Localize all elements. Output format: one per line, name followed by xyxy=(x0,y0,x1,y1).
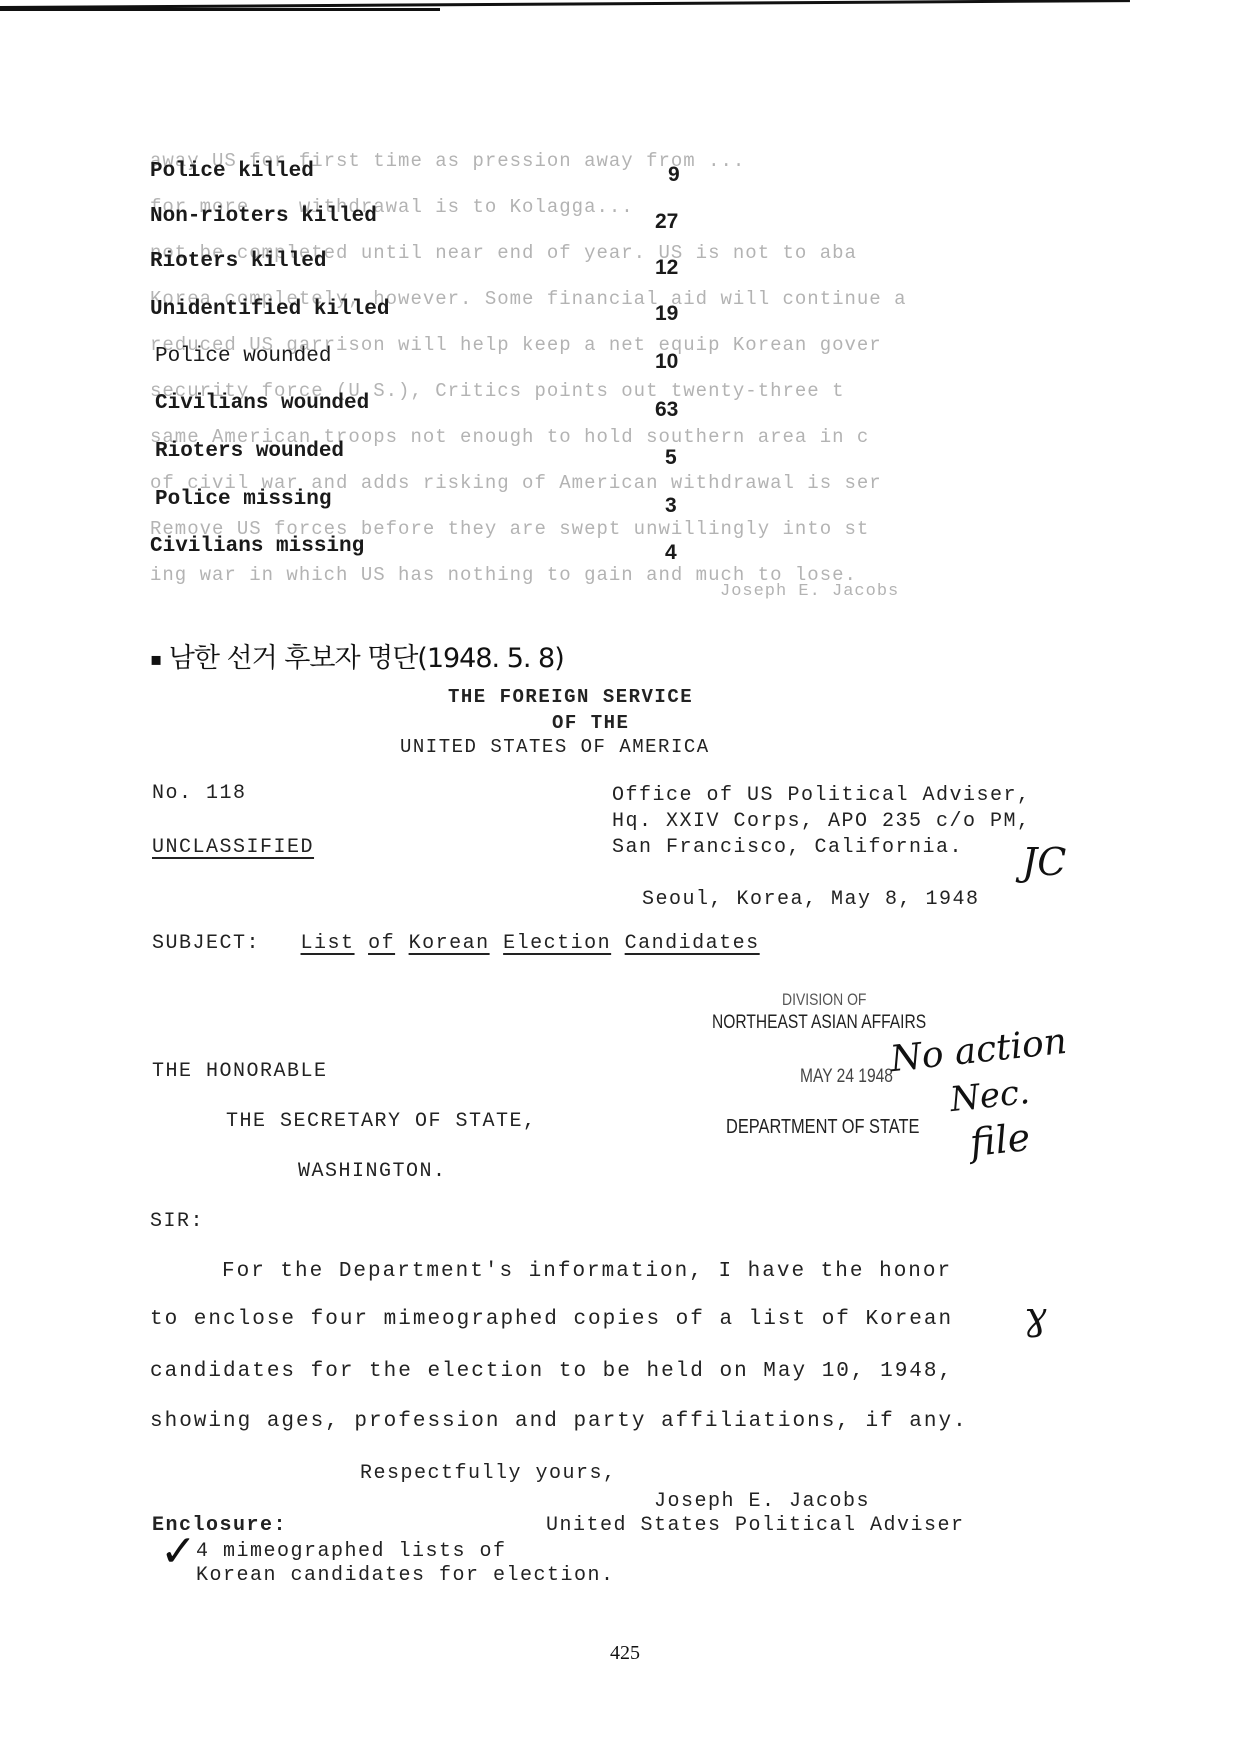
subject-word: Candidates xyxy=(625,932,760,955)
casualty-value: 4 xyxy=(665,541,677,565)
bleed-signature: Joseph E. Jacobs xyxy=(720,582,899,601)
addressee-line3: WASHINGTON. xyxy=(298,1160,447,1183)
letterhead-line3: UNITED STATES OF AMERICA xyxy=(400,736,710,758)
subject-word: List xyxy=(301,932,355,955)
body-line: to enclose four mimeographed copies of a… xyxy=(150,1308,953,1331)
note-line3: file xyxy=(968,1115,1032,1165)
casualty-label: Unidentified killed xyxy=(150,298,389,321)
subject-label: SUBJECT: xyxy=(152,932,260,955)
checkmark-icon: ✓ xyxy=(160,1526,197,1577)
casualty-value: 19 xyxy=(655,302,678,326)
casualty-value: 27 xyxy=(655,210,678,234)
casualty-label: Rioters wounded xyxy=(155,440,344,463)
addressee-line2: THE SECRETARY OF STATE, xyxy=(226,1110,537,1133)
date-line: Seoul, Korea, May 8, 1948 xyxy=(642,888,980,911)
stamp-line3: DEPARTMENT OF STATE xyxy=(726,1116,919,1139)
casualty-value: 5 xyxy=(665,446,677,470)
stamp-line1: DIVISION OF xyxy=(782,990,866,1010)
dispatch-number: No. 118 xyxy=(152,782,247,805)
bullet-icon: ▪ xyxy=(150,649,161,670)
subject-word: of xyxy=(368,932,395,955)
note-line2: Nec. xyxy=(948,1072,1031,1120)
closing-text: Respectfully yours, xyxy=(360,1462,617,1485)
letterhead-line2: OF THE xyxy=(552,712,629,734)
office-line: Hq. XXIV Corps, APO 235 c/o PM, xyxy=(612,810,1031,833)
casualty-label: Civilians wounded xyxy=(155,392,369,415)
casualty-label: Police missing xyxy=(155,488,331,511)
casualty-label: Civilians missing xyxy=(150,535,364,558)
casualty-label: Rioters killed xyxy=(150,250,326,273)
body-line: candidates for the election to be held o… xyxy=(150,1360,953,1383)
casualty-label: Non-rioters killed xyxy=(150,205,377,228)
subject-word: Korean xyxy=(409,932,490,955)
body-line: For the Department's information, I have… xyxy=(222,1260,952,1283)
stamp-date: MAY 24 1948 xyxy=(800,1066,893,1088)
body-line: showing ages, profession and party affil… xyxy=(150,1410,968,1433)
subject-line: SUBJECT: List of Korean Election Candida… xyxy=(152,932,760,955)
salutation: SIR: xyxy=(150,1210,204,1233)
casualty-label: Police killed xyxy=(150,160,314,183)
enclosure-line: 4 mimeographed lists of xyxy=(196,1540,507,1563)
margin-mark: ɣ xyxy=(1024,1294,1047,1338)
classification: UNCLASSIFIED xyxy=(152,836,314,859)
caption-text: 남한 선거 후보자 명단(1948. 5. 8) xyxy=(169,643,564,674)
page-number: 425 xyxy=(610,1642,640,1665)
handwritten-initials: JC xyxy=(1022,840,1066,884)
enclosure-line: Korean candidates for election. xyxy=(196,1564,615,1587)
casualty-value: 3 xyxy=(665,494,677,518)
stamp-line2: NORTHEAST ASIAN AFFAIRS xyxy=(712,1012,926,1034)
letterhead-line1: THE FOREIGN SERVICE xyxy=(448,686,693,708)
korean-caption: ▪ 남한 선거 후보자 명단(1948. 5. 8) xyxy=(150,636,564,675)
subject-word: Election xyxy=(503,932,611,955)
casualty-value: 10 xyxy=(655,350,678,374)
casualty-label: Police wounded xyxy=(155,345,331,368)
signer-title: United States Political Adviser xyxy=(546,1514,965,1537)
casualty-value: 63 xyxy=(655,398,678,422)
scan-border-top-left xyxy=(0,8,440,11)
addressee-line1: THE HONORABLE xyxy=(152,1060,328,1083)
casualty-value: 12 xyxy=(655,256,678,280)
casualty-value: 9 xyxy=(668,163,680,187)
office-line: Office of US Political Adviser, xyxy=(612,784,1031,807)
office-line: San Francisco, California. xyxy=(612,836,963,859)
signer-name: Joseph E. Jacobs xyxy=(654,1490,870,1513)
